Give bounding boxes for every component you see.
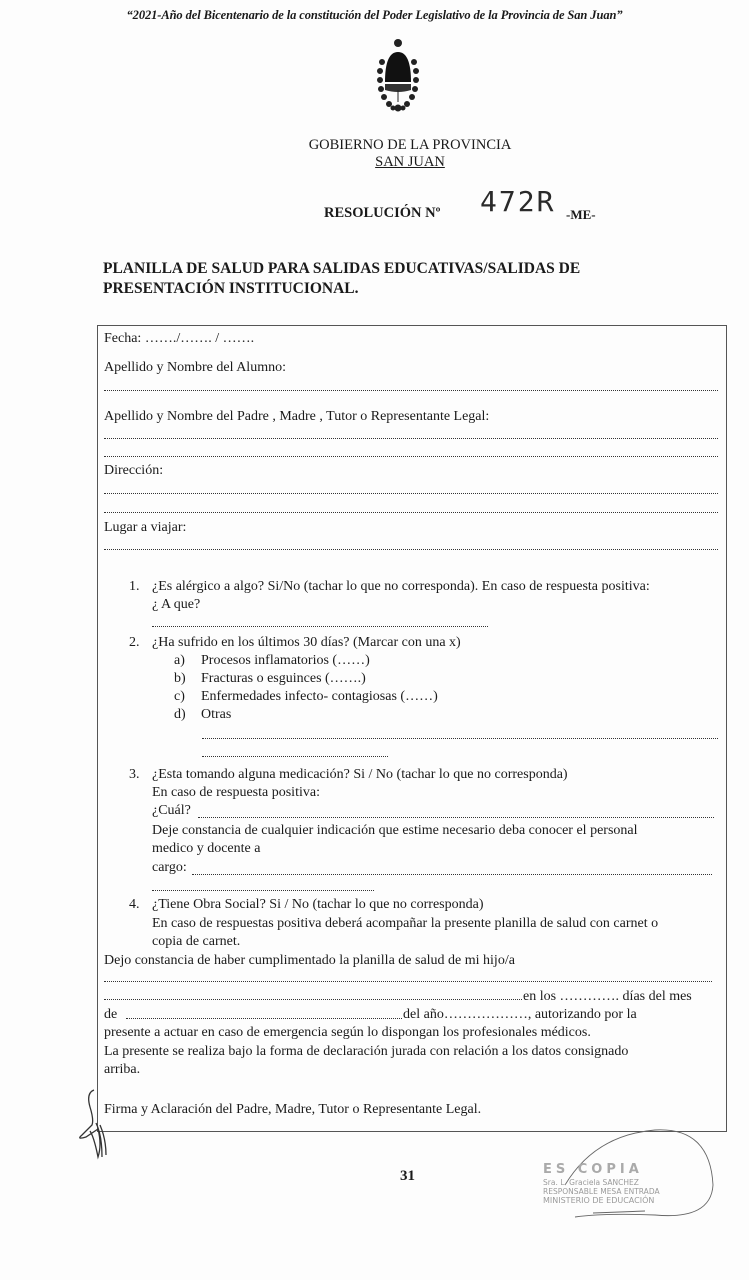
question-2-number: 2. <box>129 634 140 651</box>
government-heading: GOBIERNO DE LA PROVINCIA SAN JUAN <box>0 137 749 171</box>
document-title: PLANILLA DE SALUD PARA SALIDAS EDUCATIVA… <box>103 259 663 299</box>
question-1-sub: ¿ A que? <box>152 596 200 613</box>
question-3-note-3: cargo: <box>152 859 187 876</box>
government-line-1: GOBIERNO DE LA PROVINCIA <box>0 137 749 154</box>
government-line-2: SAN JUAN <box>0 154 749 171</box>
address-field-2[interactable] <box>104 512 718 513</box>
question-3-which: ¿Cuál? <box>152 802 191 819</box>
option-b-letter: b) <box>174 670 186 687</box>
question-3-positive: En caso de respuesta positiva: <box>152 784 320 801</box>
question-1-text: ¿Es alérgico a algo? Si/No (tachar lo qu… <box>152 578 650 595</box>
student-name-label: Apellido y Nombre del Alumno: <box>104 359 286 376</box>
option-c-letter: c) <box>174 688 185 705</box>
question-4-line-3: copia de carnet. <box>152 933 240 950</box>
signature-label: Firma y Aclaración del Padre, Madre, Tut… <box>104 1101 481 1118</box>
declaration-line-6: arriba. <box>104 1061 140 1078</box>
guardian-name-label: Apellido y Nombre del Padre , Madre , Tu… <box>104 408 489 425</box>
declaration-line-4: presente a actuar en caso de emergencia … <box>104 1024 591 1041</box>
resolution-label: RESOLUCIÓN Nº <box>324 205 440 222</box>
question-4-text: ¿Tiene Obra Social? Si / No (tachar lo q… <box>152 896 484 913</box>
guardian-name-field-2[interactable] <box>104 456 718 457</box>
commemorative-motto: “2021-Año del Bicentenario de la constit… <box>0 8 749 23</box>
destination-field[interactable] <box>104 549 718 550</box>
other-condition-field-2[interactable] <box>202 756 388 757</box>
indications-field-1[interactable] <box>192 874 712 875</box>
guardian-name-field-1[interactable] <box>104 438 718 439</box>
title-line-1: PLANILLA DE SALUD PARA SALIDAS EDUCATIVA… <box>103 259 663 279</box>
month-field[interactable] <box>126 1018 402 1019</box>
question-3-text: ¿Esta tomando alguna medicación? Si / No… <box>152 766 568 783</box>
resolution-number: 472R <box>480 185 555 218</box>
declaration-line-1: Dejo constancia de haber cumplimentado l… <box>104 952 515 969</box>
health-form-box: Fecha: ……./……. / ……. Apellido y Nombre d… <box>97 325 727 1132</box>
question-1-number: 1. <box>129 578 140 595</box>
address-field-1[interactable] <box>104 493 718 494</box>
destination-label: Lugar a viajar: <box>104 519 186 536</box>
child-name-field[interactable] <box>104 981 712 982</box>
resolution-suffix: -ME- <box>566 207 596 223</box>
question-4-line-2: En caso de respuestas positiva deberá ac… <box>152 915 658 932</box>
medication-field[interactable] <box>198 817 714 818</box>
option-a-text[interactable]: Procesos inflamatorios (……) <box>201 652 370 669</box>
declaration-en-los: en los …………. días del mes <box>523 988 692 1005</box>
question-3-note-2: medico y docente a <box>152 840 260 857</box>
date-field-label[interactable]: Fecha: ……./……. / ……. <box>104 330 254 347</box>
declaration-line-5: La presente se realiza bajo la forma de … <box>104 1043 628 1060</box>
option-b-text[interactable]: Fracturas o esguinces (…….) <box>201 670 366 687</box>
place-field[interactable] <box>104 999 522 1000</box>
question-4-number: 4. <box>129 896 140 913</box>
option-c-text[interactable]: Enfermedades infecto- contagiosas (……) <box>201 688 438 705</box>
address-label: Dirección: <box>104 462 163 479</box>
handwritten-initials-icon <box>72 1085 122 1165</box>
declaration-de: de <box>104 1006 117 1023</box>
question-3-number: 3. <box>129 766 140 783</box>
provincial-coat-of-arms-icon <box>376 38 420 114</box>
option-d-letter: d) <box>174 706 186 723</box>
title-line-2: PRESENTACIÓN INSTITUCIONAL. <box>103 279 663 299</box>
allergy-field[interactable] <box>152 626 488 627</box>
question-3-note-1: Deje constancia de cualquier indicación … <box>152 822 638 839</box>
option-a-letter: a) <box>174 652 185 669</box>
question-2-text: ¿Ha sufrido en los últimos 30 días? (Mar… <box>152 634 461 651</box>
page-number: 31 <box>400 1168 415 1185</box>
option-d-text: Otras <box>201 706 231 723</box>
student-name-field[interactable] <box>104 390 718 391</box>
declaration-del-anio: del año………………, autorizando por la <box>403 1006 637 1023</box>
indications-field-2[interactable] <box>152 890 374 891</box>
other-condition-field-1[interactable] <box>202 738 718 739</box>
